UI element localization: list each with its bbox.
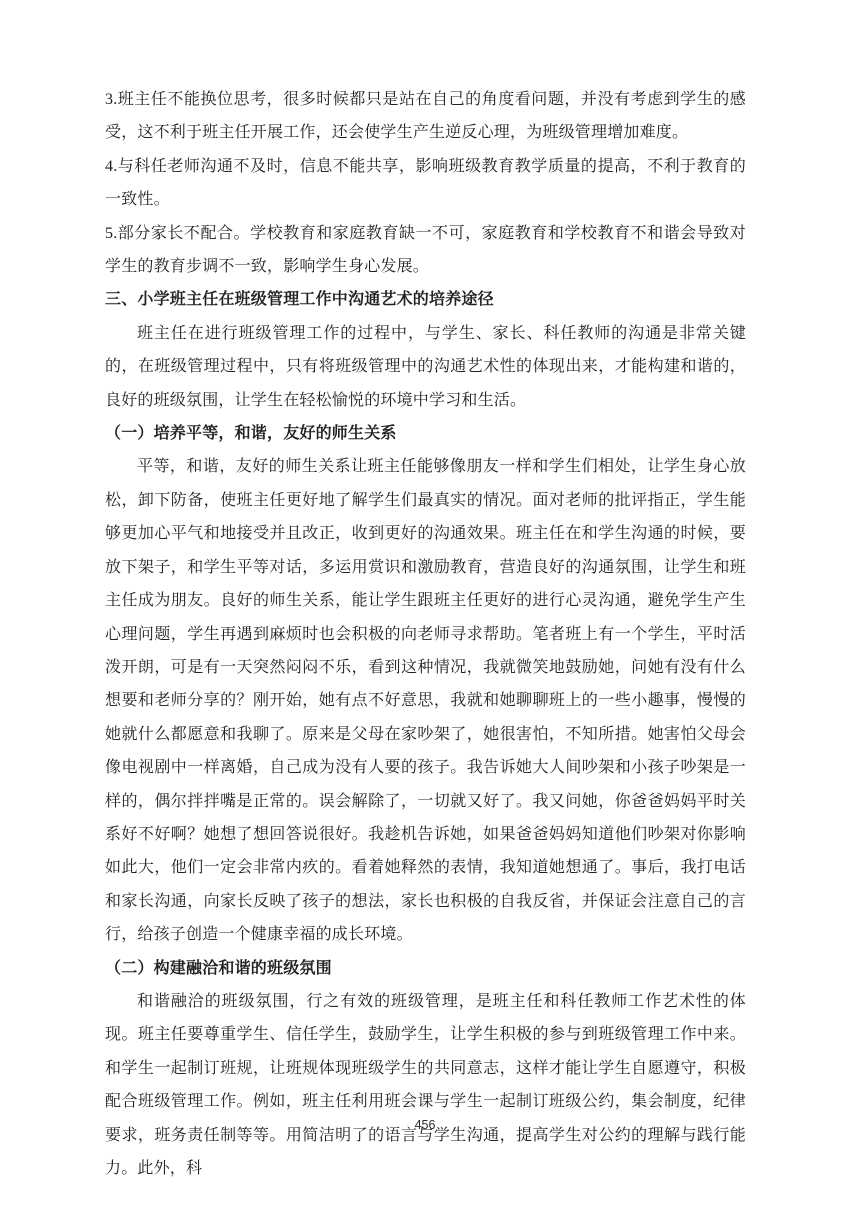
paragraph-teacher-student-relationship: 平等，和谐，友好的师生关系让班主任能够像朋友一样和学生们相处，让学生身心放松，卸… bbox=[105, 450, 746, 951]
document-page: 3.班主任不能换位思考，很多时候都只是站在自己的角度看问题，并没有考虑到学生的感… bbox=[0, 0, 850, 1205]
numbered-point-3: 3.班主任不能换位思考，很多时候都只是站在自己的角度看问题，并没有考虑到学生的感… bbox=[105, 83, 746, 150]
paragraph-section-intro: 班主任在进行班级管理工作的过程中，与学生、家长、科任教师的沟通是非常关键的，在班… bbox=[105, 317, 746, 417]
document-body: 3.班主任不能换位思考，很多时候都只是站在自己的角度看问题，并没有考虑到学生的感… bbox=[105, 83, 746, 1185]
subsection-heading-1: （一）培养平等，和谐，友好的师生关系 bbox=[105, 417, 746, 450]
page-number: 456 bbox=[0, 1117, 850, 1134]
numbered-point-5: 5.部分家长不配合。学校教育和家庭教育缺一不可，家庭教育和学校教育不和谐会导致对… bbox=[105, 217, 746, 284]
numbered-point-4: 4.与科任老师沟通不及时，信息不能共享，影响班级教育教学质量的提高，不利于教育的… bbox=[105, 150, 746, 217]
paragraph-class-atmosphere: 和谐融洽的班级氛围，行之有效的班级管理，是班主任和科任教师工作艺术性的体现。班主… bbox=[105, 985, 746, 1185]
section-heading-3: 三、小学班主任在班级管理工作中沟通艺术的培养途径 bbox=[105, 283, 746, 316]
subsection-heading-2: （二）构建融洽和谐的班级氛围 bbox=[105, 952, 746, 985]
